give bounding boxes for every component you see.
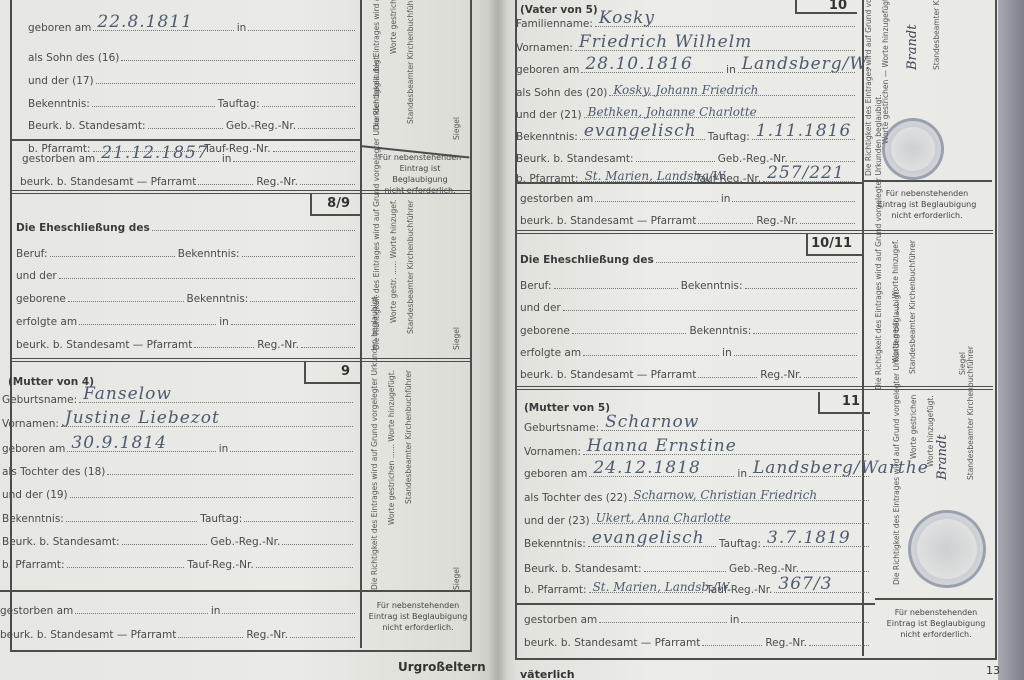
- page-number: 13: [986, 664, 1000, 677]
- right-father-death-row-1-2-field[interactable]: [800, 211, 855, 224]
- right-mother-row-2: geboren am24.12.1818inLandsberg/Warthe: [524, 460, 872, 480]
- left-father-row-4: Beurk. b. Standesamt:Geb.-Reg.-Nr.: [28, 112, 358, 132]
- left-mother-row-6-field[interactable]: [122, 532, 208, 545]
- right-father-row-4-handwritten-value: Bethken, Johanne Charlotte: [588, 105, 757, 119]
- right-marriage-row-4: erfolgte amin: [520, 339, 860, 359]
- right-marriage-row-1-label-2: Bekenntnis:: [681, 280, 743, 292]
- right-father-death-row-1-label-2: Reg.-Nr.: [756, 215, 798, 227]
- right-mother-row-5: Bekenntnis:evangelischTauftag:3.7.1819: [524, 530, 872, 550]
- left-mother-row-6-label-2: Geb.-Reg.-Nr.: [210, 536, 280, 548]
- right-father-row-6-label: Beurk. b. Standesamt:: [516, 153, 634, 165]
- left-marriage-row-4-field[interactable]: [79, 312, 216, 325]
- right-marriage-row-5: beurk. b. Standesamt — PfarramtReg.-Nr.: [520, 361, 860, 381]
- right-marriage-row-3-label: geborene: [520, 325, 570, 337]
- right-marriage-row-5-label-2: Reg.-Nr.: [760, 369, 802, 381]
- right-father-row-5: Bekenntnis:evangelischTauftag:1.11.1816: [516, 123, 858, 143]
- left-mother-row-4: und der (19): [2, 481, 356, 501]
- right-marriage-row-1-label: Beruf:: [520, 280, 552, 292]
- left-father-death-row-0-field[interactable]: 21.12.1857: [97, 149, 219, 162]
- right-mother-row-2-label-2: in: [737, 468, 747, 480]
- right-father-row-6-field[interactable]: [636, 149, 715, 162]
- left-mother-side-text-2: Standesbeamter Kirchenbuchführer: [404, 370, 413, 590]
- right-marriage-row-1-2-field[interactable]: [745, 276, 857, 289]
- right-marriage-row-3-field[interactable]: [572, 321, 687, 334]
- right-mother-official-label: Standesbeamter Kirchenbuchführer: [966, 410, 975, 480]
- right-mother-row-3-label: als Tochter des (22): [524, 492, 627, 504]
- left-marriage-row-4: erfolgte amin: [16, 308, 358, 328]
- right-marriage-row-2: und der: [520, 294, 860, 314]
- right-mother-death-row-1-label: beurk. b. Standesamt — Pfarramt: [524, 637, 700, 649]
- left-marriage-side-text-1: Worte gestr. ...... Worte hinzugef.: [389, 200, 398, 350]
- right-father-death-row-1: beurk. b. Standesamt — PfarramtReg.-Nr.: [520, 207, 858, 227]
- right-father-row-6: Beurk. b. Standesamt:Geb.-Reg.-Nr.: [516, 145, 858, 165]
- left-father-death-row-1-label: beurk. b. Standesamt — Pfarramt: [20, 176, 196, 188]
- left-mother-side-text-0: Die Richtigkeit des Eintrages wird auf G…: [370, 370, 379, 590]
- right-mother-row-6-2-field[interactable]: [801, 559, 869, 572]
- right-mother-death-row-0-2-field[interactable]: [741, 610, 869, 623]
- left-mother-row-7-label: b. Pfarramt:: [2, 559, 65, 571]
- left-father-row-1-label: als Sohn des (16): [28, 52, 119, 64]
- right-father-official-label: Standesbeamter Kirchenbuchführer: [932, 0, 941, 70]
- left-mother-death-divider: [0, 590, 360, 592]
- left-mother-row-7-2-field[interactable]: [256, 555, 353, 568]
- right-father-row-2-2-handwritten-value: Landsberg/W.: [742, 54, 872, 74]
- left-side-column-divider: [360, 0, 362, 648]
- right-father-row-1-label: Vornamen:: [516, 42, 573, 54]
- left-marriage-row-2-label: und der: [16, 270, 57, 282]
- left-marriage-row-4-label: erfolgte am: [16, 316, 77, 328]
- right-mother-row-4: und der (23)Ukert, Anna Charlotte: [524, 507, 872, 527]
- right-father-death-row-1-field[interactable]: [698, 211, 753, 224]
- right-father-row-1-field[interactable]: Friedrich Wilhelm: [575, 38, 855, 51]
- left-father-row-2-field[interactable]: [96, 71, 355, 84]
- right-mother-death-row-0: gestorben amin: [524, 606, 872, 626]
- left-marriage-seal-label: Siegel: [452, 320, 461, 350]
- right-mother-row-5-label: Bekenntnis:: [524, 538, 586, 550]
- right-father-row-7-field[interactable]: St. Marien, Landsbg/W.: [581, 169, 692, 182]
- right-father-death-row-0-field[interactable]: [595, 189, 718, 202]
- left-mother-death-row-0-field[interactable]: [75, 601, 208, 614]
- left-marriage-row-0: Die Eheschließung des: [16, 214, 358, 234]
- left-father-row-3-label: Bekenntnis:: [28, 98, 90, 110]
- right-mother-row-6-field[interactable]: [644, 559, 727, 572]
- right-mother-row-5-handwritten-value: evangelisch: [592, 528, 705, 548]
- right-father-row-2-2-field[interactable]: Landsberg/W.: [738, 60, 855, 73]
- right-father-death-divider: [515, 182, 862, 184]
- right-father-row-1-handwritten-value: Friedrich Wilhelm: [579, 32, 752, 52]
- right-mother-row-7: b. Pfarramt:St. Marien, Landsb./W.Tauf-R…: [524, 576, 872, 596]
- left-mother-row-6-label: Beurk. b. Standesamt:: [2, 536, 120, 548]
- left-mother-row-0: Geburtsname:Fanselow: [2, 386, 356, 406]
- left-mother-row-7-label-2: Tauf-Reg.-Nr.: [187, 559, 253, 571]
- right-mother-row-4-field[interactable]: Ukert, Anna Charlotte: [592, 511, 869, 524]
- right-father-death-row-0: gestorben amin: [520, 185, 858, 205]
- right-mother-row-6-label: Beurk. b. Standesamt:: [524, 563, 642, 575]
- left-marriage-row-0-label: Die Eheschließung des: [16, 222, 150, 234]
- right-mother-row-5-2-field[interactable]: 3.7.1819: [763, 534, 869, 547]
- left-father-row-0-2-field[interactable]: [248, 18, 355, 31]
- right-mother-death-row-0-label-2: in: [730, 614, 740, 626]
- left-father-row-4-2-field[interactable]: [298, 116, 355, 129]
- left-marriage-row-5: beurk. b. Standesamt — PfarramtReg.-Nr.: [16, 331, 358, 351]
- left-mother-side-text-1: Worte gestrichen ...... Worte hinzugefüg…: [387, 370, 396, 590]
- right-father-row-0-label: Familienname:: [516, 18, 593, 30]
- right-father-row-7-handwritten-value: St. Marien, Landsbg/W.: [585, 169, 727, 183]
- left-marriage-row-3-field[interactable]: [68, 289, 184, 302]
- right-marriage-row-5-2-field[interactable]: [804, 365, 857, 378]
- left-father-death-row-0-handwritten-value: 21.12.1857: [101, 143, 208, 163]
- right-father-row-0-handwritten-value: Kosky: [599, 8, 655, 28]
- right-mother-row-5-label-2: Tauftag:: [719, 538, 761, 550]
- left-marriage-row-5-2-field[interactable]: [301, 335, 355, 348]
- right-father-side-text-0: Die Richtigkeit des Eintrages wird auf G…: [864, 0, 873, 176]
- left-marriage-row-3-2-field[interactable]: [250, 289, 355, 302]
- right-mother-death-row-1-2-field[interactable]: [809, 633, 869, 646]
- right-mother-death-row-1-label-2: Reg.-Nr.: [765, 637, 807, 649]
- right-mother-note-divider: [875, 598, 993, 600]
- left-marriage-row-3-label: geborene: [16, 293, 66, 305]
- right-marriage-row-3-2-field[interactable]: [753, 321, 857, 334]
- right-father-death-row-1-label: beurk. b. Standesamt — Pfarramt: [520, 215, 696, 227]
- right-mother-row-7-handwritten-value: St. Marien, Landsb./W.: [593, 580, 731, 594]
- left-mother-seal-label: Siegel: [452, 560, 461, 590]
- left-mother-note-divider: [360, 590, 470, 592]
- right-father-row-2-label: geboren am: [516, 64, 579, 76]
- right-marriage-row-3: geboreneBekenntnis:: [520, 317, 860, 337]
- right-mother-row-3: als Tochter des (22)Scharnow, Christian …: [524, 484, 872, 504]
- right-father-row-3-handwritten-value: Kosky, Johann Friedrich: [613, 83, 758, 97]
- right-mother-row-1-label: Vornamen:: [524, 446, 581, 458]
- right-father-row-0-field[interactable]: Kosky: [595, 14, 855, 27]
- left-mother-row-1-field[interactable]: Justine Liebezot: [61, 414, 353, 427]
- left-father-death-row-0-2-field[interactable]: [233, 149, 355, 162]
- right-father-row-5-label: Bekenntnis:: [516, 131, 578, 143]
- left-father-side-text-1: Worte gestrichen: [389, 0, 398, 130]
- right-mother-death-row-1: beurk. b. Standesamt — PfarramtReg.-Nr.: [524, 629, 872, 649]
- left-father-divider: [10, 139, 360, 141]
- left-mother-row-3-field[interactable]: [107, 462, 353, 475]
- right-mother-death-row-0-field[interactable]: [599, 610, 727, 623]
- right-marriage-top-divider: [515, 230, 993, 234]
- left-marriage-number: 8/9: [310, 194, 360, 216]
- right-mother-signature: Brandt: [935, 410, 950, 480]
- right-father-row-2-field[interactable]: 28.10.1816: [581, 60, 723, 73]
- right-mother-death-divider: [515, 603, 875, 605]
- left-mother-death-row-0-2-field[interactable]: [222, 601, 355, 614]
- left-father-death-row-0: gestorben am21.12.1857in: [22, 145, 358, 165]
- left-mother-row-5-label-2: Tauftag:: [200, 513, 242, 525]
- left-marriage-row-3-label-2: Bekenntnis:: [187, 293, 249, 305]
- right-marriage-row-4-2-field[interactable]: [734, 343, 857, 356]
- right-mother-side-text-0: Die Richtigkeit des Eintrages wird auf G…: [892, 395, 901, 585]
- right-marriage-row-0-field[interactable]: [656, 250, 857, 263]
- left-marriage-top-divider: [10, 190, 470, 194]
- right-mother-row-2-2-handwritten-value: Landsberg/Warthe: [753, 458, 929, 478]
- left-mother-heading: (Mutter von 4): [8, 368, 94, 388]
- left-father-seal-label: Siegel: [452, 120, 461, 140]
- right-father-row-1: Vornamen:Friedrich Wilhelm: [516, 34, 858, 54]
- left-father-row-2: und der (17): [28, 67, 358, 87]
- right-mother-row-2-field[interactable]: 24.12.1818: [589, 464, 734, 477]
- right-father-row-4-field[interactable]: Bethken, Johanne Charlotte: [584, 105, 855, 118]
- right-father-row-4-label: und der (21): [516, 109, 582, 121]
- left-father-death-row-0-label-2: in: [222, 153, 232, 165]
- left-father-row-0: geboren am22.8.1811in: [28, 14, 358, 34]
- right-father-row-6-2-field[interactable]: [790, 149, 855, 162]
- right-mother-row-7-field[interactable]: St. Marien, Landsb./W.: [589, 580, 704, 593]
- right-father-row-2-handwritten-value: 28.10.1816: [585, 54, 692, 74]
- right-mother-row-0: Geburtsname:Scharnow: [524, 414, 872, 434]
- right-father-row-5-2-handwritten-value: 1.11.1816: [756, 121, 852, 141]
- right-father-note: Für nebenstehendenEintrag ist Beglaubigu…: [866, 188, 988, 221]
- right-mother-death-row-0-label: gestorben am: [524, 614, 597, 626]
- right-mother-row-5-2-handwritten-value: 3.7.1819: [767, 528, 851, 548]
- right-father-row-3-label: als Sohn des (20): [516, 87, 607, 99]
- right-mother-row-2-2-field[interactable]: Landsberg/Warthe: [749, 464, 869, 477]
- right-father-death-row-0-label: gestorben am: [520, 193, 593, 205]
- right-marriage-side-text-2: Standesbeamter Kirchenbuchführer: [908, 240, 917, 390]
- left-father-death-row-1: beurk. b. Standesamt — PfarramtReg.-Nr.: [20, 168, 358, 188]
- right-father-row-5-handwritten-value: evangelisch: [584, 121, 697, 141]
- left-father-row-0-handwritten-value: 22.8.1811: [97, 12, 193, 32]
- right-father-row-0: Familienname:Kosky: [516, 10, 858, 30]
- left-father-row-0-field[interactable]: 22.8.1811: [93, 18, 233, 31]
- left-father-row-1: als Sohn des (16): [28, 44, 358, 64]
- left-mother-death-row-0-label-2: in: [211, 605, 221, 617]
- left-father-death-row-1-field[interactable]: [198, 172, 253, 185]
- left-mother-row-4-label: und der (19): [2, 489, 68, 501]
- right-marriage-row-1: Beruf:Bekenntnis:: [520, 272, 860, 292]
- left-marriage-row-5-field[interactable]: [194, 335, 254, 348]
- book-gutter: [488, 0, 508, 680]
- left-marriage-side-text-2: Standesbeamter Kirchenbuchführer: [406, 200, 415, 350]
- left-father-row-4-field[interactable]: [148, 116, 224, 129]
- left-marriage-row-1-label: Beruf:: [16, 248, 48, 260]
- left-mother-row-5: Bekenntnis:Tauftag:: [2, 505, 356, 525]
- right-mother-number: 11: [818, 392, 870, 414]
- right-marriage-row-1-field[interactable]: [554, 276, 678, 289]
- right-mother-row-7-2-field[interactable]: 367/3: [774, 580, 869, 593]
- left-father-death-row-0-label: gestorben am: [22, 153, 95, 165]
- footer-right: väterlich: [520, 668, 575, 680]
- right-mother-row-4-handwritten-value: Ukert, Anna Charlotte: [596, 511, 731, 525]
- left-marriage-row-1-field[interactable]: [50, 244, 175, 257]
- left-mother-top-divider: [10, 358, 470, 362]
- left-father-row-1-field[interactable]: [121, 48, 355, 61]
- footer-left: Urgroßeltern: [398, 660, 486, 674]
- right-father-death-row-0-2-field[interactable]: [732, 189, 855, 202]
- left-mother-death-row-1-label-2: Reg.-Nr.: [246, 629, 288, 641]
- left-father-row-2-label: und der (17): [28, 75, 94, 87]
- left-mother-row-4-field[interactable]: [70, 485, 353, 498]
- right-marriage-row-5-label: beurk. b. Standesamt — Pfarramt: [520, 369, 696, 381]
- left-mother-number: 9: [304, 362, 360, 384]
- right-mother-row-6: Beurk. b. Standesamt:Geb.-Reg.-Nr.: [524, 555, 872, 575]
- right-mother-row-4-label: und der (23): [524, 515, 590, 527]
- right-mother-row-0-handwritten-value: Scharnow: [605, 412, 699, 432]
- left-father-row-4-label-2: Geb.-Reg.-Nr.: [226, 120, 296, 132]
- right-father-row-7-2-handwritten-value: 257/221: [767, 163, 845, 183]
- right-mother-row-3-handwritten-value: Scharnow, Christian Friedrich: [633, 488, 817, 502]
- left-marriage-row-1-label-2: Bekenntnis:: [178, 248, 240, 260]
- left-mother-death-row-1-label: beurk. b. Standesamt — Pfarramt: [0, 629, 176, 641]
- right-father-row-4: und der (21)Bethken, Johanne Charlotte: [516, 101, 858, 121]
- right-marriage-side-text-0: Die Richtigkeit des Eintrages wird auf G…: [874, 240, 883, 390]
- right-father-row-5-label-2: Tauftag:: [708, 131, 750, 143]
- right-marriage-row-0: Die Eheschließung des: [520, 246, 860, 266]
- right-mother-death-row-1-field[interactable]: [702, 633, 762, 646]
- left-mother-row-1: Vornamen:Justine Liebezot: [2, 410, 356, 430]
- right-mother-top-divider: [515, 386, 993, 390]
- right-mother-row-2-label: geboren am: [524, 468, 587, 480]
- right-father-row-2-label-2: in: [726, 64, 736, 76]
- right-mother-row-2-handwritten-value: 24.12.1818: [593, 458, 700, 478]
- right-father-row-5-field[interactable]: evangelisch: [580, 127, 705, 140]
- right-mother-row-0-label: Geburtsname:: [524, 422, 599, 434]
- left-marriage-row-1: Beruf:Bekenntnis:: [16, 240, 358, 260]
- left-mother-row-0-handwritten-value: Fanselow: [83, 384, 172, 404]
- left-mother-row-0-field[interactable]: Fanselow: [79, 390, 353, 403]
- left-marriage-row-2: und der: [16, 262, 358, 282]
- left-mother-death-row-1-2-field[interactable]: [290, 625, 355, 638]
- left-mother-row-5-label: Bekenntnis:: [2, 513, 64, 525]
- left-marriage-row-5-label: beurk. b. Standesamt — Pfarramt: [16, 339, 192, 351]
- left-marriage-row-1-2-field[interactable]: [242, 244, 355, 257]
- right-father-row-3: als Sohn des (20)Kosky, Johann Friedrich: [516, 79, 858, 99]
- right-mother-official-seal: [908, 510, 986, 588]
- left-mother-row-5-field[interactable]: [66, 509, 197, 522]
- left-mother-row-6: Beurk. b. Standesamt:Geb.-Reg.-Nr.: [2, 528, 356, 548]
- right-mother-heading: (Mutter von 5): [524, 394, 610, 414]
- left-father-death-row-1-2-field[interactable]: [300, 172, 355, 185]
- left-mother-row-2-label-2: in: [219, 443, 229, 455]
- right-mother-note: Für nebenstehendenEintrag ist Beglaubigu…: [880, 607, 992, 640]
- left-mother-row-2: geboren am30.9.1814in: [2, 435, 356, 455]
- right-marriage-row-4-label: erfolgte am: [520, 347, 581, 359]
- left-mother-row-7-field[interactable]: [67, 555, 185, 568]
- left-father-row-3-2-field[interactable]: [262, 94, 355, 107]
- right-father-signature: Brandt: [905, 10, 920, 70]
- right-mother-row-0-field[interactable]: Scharnow: [601, 418, 869, 431]
- left-mother-row-1-handwritten-value: Justine Liebezot: [65, 408, 220, 428]
- right-father-death-row-0-label-2: in: [721, 193, 731, 205]
- left-marriage-row-4-label-2: in: [219, 316, 229, 328]
- left-father-row-0-label-2: in: [237, 22, 247, 34]
- left-father-row-3-field[interactable]: [92, 94, 215, 107]
- left-father-row-0-label: geboren am: [28, 22, 91, 34]
- right-marriage-row-4-field[interactable]: [583, 343, 719, 356]
- left-mother-row-7: b. Pfarramt:Tauf-Reg.-Nr.: [2, 551, 356, 571]
- left-father-row-3-label-2: Tauftag:: [218, 98, 260, 110]
- left-mother-row-2-field[interactable]: 30.9.1814: [67, 439, 215, 452]
- left-father-row-4-label: Beurk. b. Standesamt:: [28, 120, 146, 132]
- left-marriage-row-2-field[interactable]: [59, 266, 355, 279]
- left-mother-death-row-0-label: gestorben am: [0, 605, 73, 617]
- right-marriage-row-5-field[interactable]: [698, 365, 757, 378]
- right-mother-row-3-field[interactable]: Scharnow, Christian Friedrich: [629, 488, 869, 501]
- left-father-row-3: Bekenntnis:Tauftag:: [28, 90, 358, 110]
- left-mother-row-3-label: als Tochter des (18): [2, 466, 105, 478]
- right-mother-row-5-field[interactable]: evangelisch: [588, 534, 716, 547]
- right-father-row-2: geboren am28.10.1816inLandsberg/W.: [516, 56, 858, 76]
- left-mother-note: Für nebenstehendenEintrag ist Beglaubigu…: [364, 600, 472, 633]
- left-marriage-row-5-label-2: Reg.-Nr.: [257, 339, 299, 351]
- left-mother-row-3: als Tochter des (18): [2, 458, 356, 478]
- left-mother-row-2-handwritten-value: 30.9.1814: [71, 433, 167, 453]
- left-marriage-row-0-field[interactable]: [152, 218, 355, 231]
- left-mother-death-row-1: beurk. b. Standesamt — PfarramtReg.-Nr.: [0, 621, 358, 641]
- right-mother-row-1-field[interactable]: Hanna Ernstine: [583, 442, 869, 455]
- left-mother-row-2-label: geboren am: [2, 443, 65, 455]
- left-mother-row-5-2-field[interactable]: [244, 509, 353, 522]
- right-father-row-7-2-field[interactable]: 257/221: [763, 169, 855, 182]
- left-father-death-row-1-label-2: Reg.-Nr.: [256, 176, 298, 188]
- right-mother-row-1: Vornamen:Hanna Ernstine: [524, 438, 872, 458]
- right-father-row-3-field[interactable]: Kosky, Johann Friedrich: [609, 83, 855, 96]
- right-mother-row-7-2-handwritten-value: 367/3: [778, 574, 832, 594]
- right-marriage-row-0-label: Die Eheschließung des: [520, 254, 654, 266]
- background-edge: [998, 0, 1024, 680]
- right-marriage-row-2-label: und der: [520, 302, 561, 314]
- left-mother-row-2-2-field[interactable]: [230, 439, 353, 452]
- left-mother-death-row-1-field[interactable]: [178, 625, 243, 638]
- right-father-row-5-2-field[interactable]: 1.11.1816: [752, 127, 855, 140]
- left-father-side-text-2: Standesbeamter Kirchenbuchführer: [406, 0, 415, 130]
- left-marriage-row-4-2-field[interactable]: [231, 312, 355, 325]
- right-marriage-row-4-label-2: in: [722, 347, 732, 359]
- right-mother-heading-text: (Mutter von 5): [524, 402, 610, 414]
- left-mother-row-6-2-field[interactable]: [282, 532, 353, 545]
- left-marriage-row-3: geboreneBekenntnis:: [16, 285, 358, 305]
- left-mother-death-row-0: gestorben amin: [0, 597, 358, 617]
- right-mother-row-1-handwritten-value: Hanna Ernstine: [587, 436, 737, 456]
- right-marriage-row-3-label-2: Bekenntnis:: [689, 325, 751, 337]
- right-marriage-row-2-field[interactable]: [563, 298, 857, 311]
- left-mother-row-0-label: Geburtsname:: [2, 394, 77, 406]
- right-father-official-seal: [882, 118, 944, 180]
- left-mother-row-1-label: Vornamen:: [2, 418, 59, 430]
- right-mother-row-7-label: b. Pfarramt:: [524, 584, 587, 596]
